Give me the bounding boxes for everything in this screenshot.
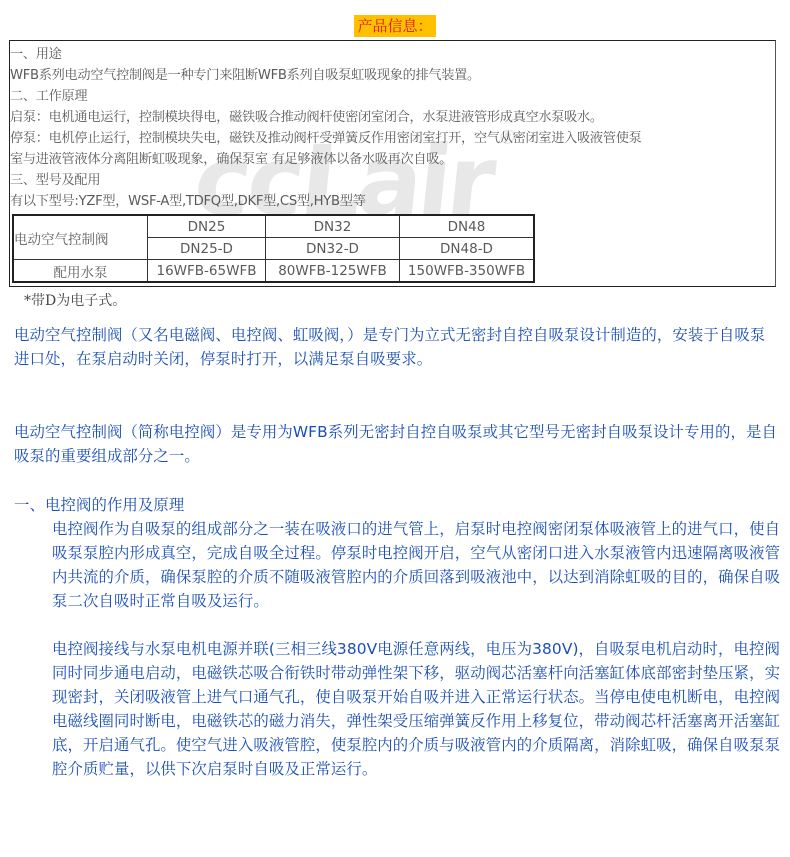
table-cell: DN32-D xyxy=(266,238,400,260)
wiring-paragraph: 电控阀接线与水泵电机电源并联(三相三线380V电源任意两线，电压为380V)，自… xyxy=(52,637,782,781)
info-stop-text-1: 停泵：电机停止运行，控制模块失电，磁铁及推动阀杆受弹簧反作用密闭室打开，空气从密… xyxy=(10,127,641,146)
row-label-pump: 配用水泵 xyxy=(13,260,148,283)
intro-paragraph-2: 电动空气控制阀（简称电控阀）是专用为WFB系列无密封自控自吸泵或其它型号无密封自… xyxy=(14,420,779,468)
product-info-title: 产品信息： xyxy=(354,15,435,37)
table-row: 配用水泵 16WFB-65WFB 80WFB-125WFB 150WFB-350… xyxy=(13,260,534,283)
section-heading-function: 一、电控阀的作用及原理 xyxy=(14,493,184,517)
table-row: 电动空气控制阀 DN25 DN32 DN48 xyxy=(13,215,534,238)
electronic-note: *带D为电子式。 xyxy=(24,290,126,310)
info-models-text: 有以下型号:YZF型，WSF-A型,TDFQ型,DKF型,CS型,HYB型等 xyxy=(10,190,366,209)
info-heading-principle: 二、工作原理 xyxy=(10,85,87,104)
table-cell: 16WFB-65WFB xyxy=(148,260,266,283)
row-label-valve: 电动空气控制阀 xyxy=(13,215,148,260)
title-wrap: 产品信息： xyxy=(0,15,790,37)
table-cell: DN25-D xyxy=(148,238,266,260)
function-paragraph: 电控阀作为自吸泵的组成部分之一装在吸液口的进气管上，启泵时电控阀密闭泵体吸液管上… xyxy=(52,517,782,613)
table-cell: 80WFB-125WFB xyxy=(266,260,400,283)
table-cell: DN32 xyxy=(266,215,400,238)
info-heading-models: 三、型号及配用 xyxy=(10,169,100,188)
info-start-text: 启泵：电机通电运行，控制模块得电，磁铁吸合推动阀杆使密闭室闭合，水泵进液管形成真… xyxy=(10,106,603,125)
info-heading-usage: 一、用途 xyxy=(10,43,62,62)
table-cell: 150WFB-350WFB xyxy=(400,260,535,283)
info-usage-text: WFB系列电动空气控制阀是一种专门来阻断WFB系列自吸泵虹吸现象的排气装置。 xyxy=(10,64,480,83)
table-cell: DN25 xyxy=(148,215,266,238)
table-cell: DN48-D xyxy=(400,238,535,260)
spec-table: 电动空气控制阀 DN25 DN32 DN48 DN25-D DN32-D DN4… xyxy=(12,214,535,283)
table-cell: DN48 xyxy=(400,215,535,238)
intro-paragraph-1: 电动空气控制阀（又名电磁阀、电控阀、虹吸阀，）是专门为立式无密封自控自吸泵设计制… xyxy=(14,323,779,371)
info-stop-text-2: 室与进液管液体分离阻断虹吸现象，确保泵室 有足够液体以备水吸再次自吸。 xyxy=(10,148,452,167)
